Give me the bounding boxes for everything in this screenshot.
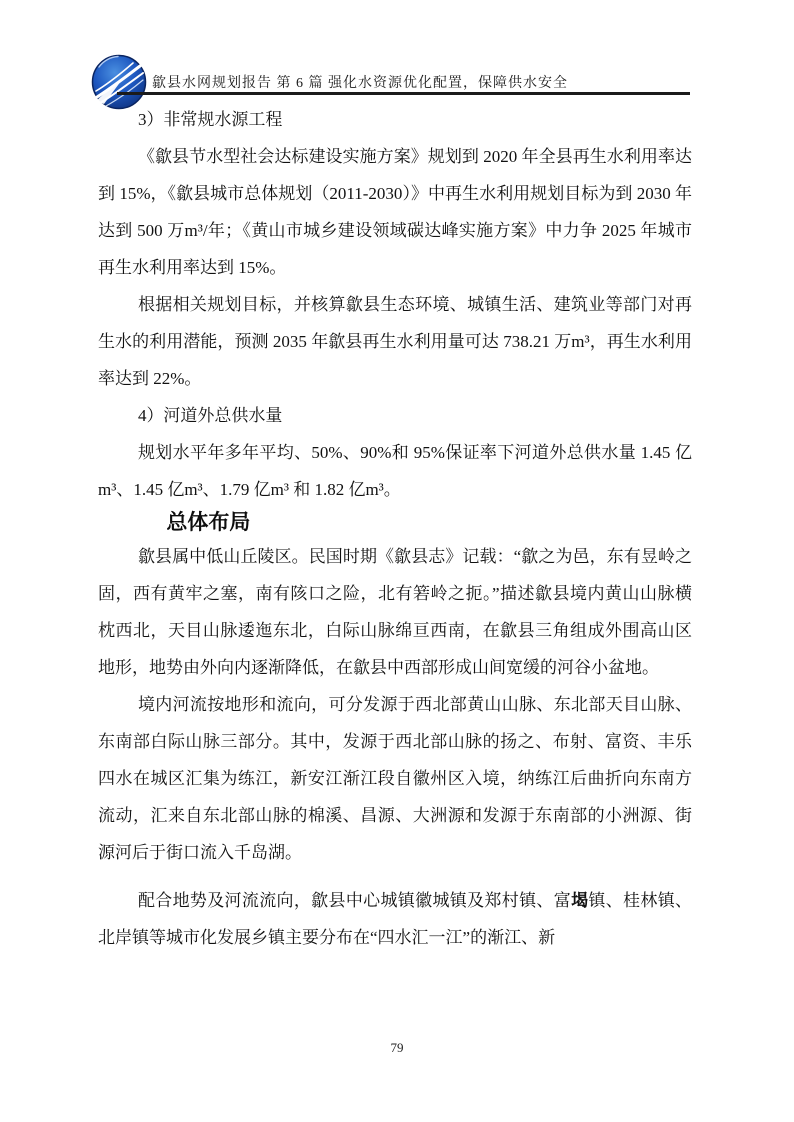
paragraph-reclaimed-water-plans: 《歙县节水型社会达标建设实施方案》规划到 2020 年全县再生水利用率达到 15… [98, 138, 692, 286]
paragraph-terrain: 歙县属中低山丘陵区。民国时期《歙县志》记载：“歙之为邑，东有昱岭之固，西有黄牢之… [98, 538, 692, 686]
document-body: 3）非常规水源工程 《歙县节水型社会达标建设实施方案》规划到 2020 年全县再… [98, 101, 692, 956]
paragraph-reclaimed-water-forecast: 根据相关规划目标，并核算歙县生态环境、城镇生活、建筑业等部门对再生水的利用潜能，… [98, 286, 692, 397]
paragraph-total-water-supply: 规划水平年多年平均、50%、90%和 95%保证率下河道外总供水量 1.45 亿… [98, 434, 692, 508]
water-network-report-logo-icon [90, 52, 148, 110]
section-heading-overall-layout: 总体布局 [98, 508, 692, 538]
header-rule [117, 92, 690, 95]
paragraph-towns-text-before: 配合地势及河流流向，歙县中心城镇徽城镇及郑村镇、富 [138, 891, 571, 910]
header-title: 歙县水网规划报告 第 6 篇 强化水资源优化配置，保障供水安全 [152, 72, 568, 92]
report-page: 歙县水网规划报告 第 6 篇 强化水资源优化配置，保障供水安全 3）非常规水源工… [0, 0, 794, 1122]
page-number: 79 [0, 1040, 794, 1056]
subsection-4-heading: 4）河道外总供水量 [98, 397, 692, 434]
paragraph-towns-bold-character: 堨 [571, 891, 588, 910]
paragraph-towns: 配合地势及河流流向，歙县中心城镇徽城镇及郑村镇、富堨镇、桂林镇、北岸镇等城市化发… [98, 882, 692, 956]
paragraph-rivers: 境内河流按地形和流向，可分发源于西北部黄山山脉、东北部天目山脉、东南部白际山脉三… [98, 686, 692, 871]
subsection-3-heading: 3）非常规水源工程 [98, 101, 692, 138]
